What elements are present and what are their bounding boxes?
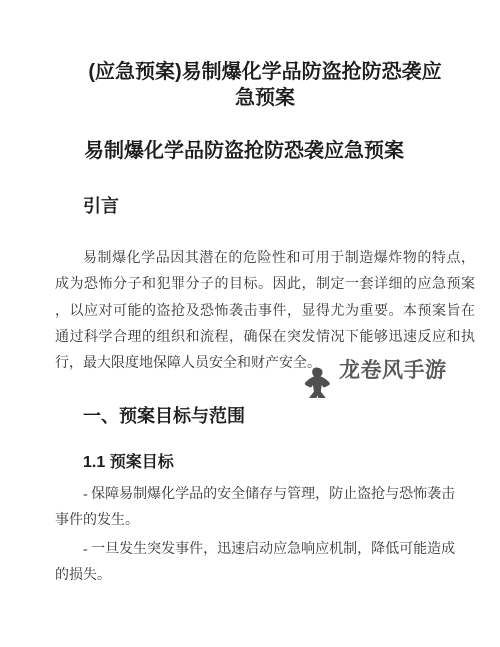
- document-title-line-2: 急预案: [55, 85, 475, 111]
- intro-line: 成为恐怖分子和犯罪分子的目标。因此，制定一套详细的应急预案: [55, 272, 475, 298]
- meeple-icon: [303, 366, 333, 398]
- goal-bullet-list: - 保障易制爆化学品的安全储存与管理，防止盗抢与恐怖袭击 事件的发生。 - 一旦…: [55, 482, 475, 589]
- document-page: (应急预案)易制爆化学品防盗抢防恐袭应 急预案 易制爆化学品防盗抢防恐袭应急预案…: [0, 0, 500, 647]
- intro-line: 易制爆化学品因其潜在的危险性和可用于制造爆炸物的特点，: [55, 246, 475, 272]
- bullet-line: - 一旦发生突发事件，迅速启动应急响应机制，降低可能造成: [55, 537, 475, 563]
- watermark: 龙卷风手游: [303, 358, 447, 398]
- intro-line: ，以应对可能的盗抢及恐怖袭击事件，显得尤为重要。本预案旨在: [55, 299, 475, 325]
- bullet-line: - 保障易制爆化学品的安全储存与管理，防止盗抢与恐怖袭击: [55, 482, 475, 508]
- section-1-heading: 一、预案目标与范围: [83, 405, 245, 427]
- section-1-1-heading: 1.1 预案目标: [83, 453, 174, 473]
- bullet-line: 的损失。: [55, 563, 475, 589]
- document-subtitle: 易制爆化学品防盗抢防恐袭应急预案: [84, 139, 404, 163]
- bullet-line: 事件的发生。: [55, 508, 475, 534]
- intro-heading: 引言: [83, 195, 119, 217]
- watermark-text: 龙卷风手游: [339, 358, 447, 383]
- document-title-line-1: (应急预案)易制爆化学品防盗抢防恐袭应: [55, 59, 475, 85]
- document-title: (应急预案)易制爆化学品防盗抢防恐袭应 急预案: [55, 59, 475, 111]
- intro-line: 通过科学合理的组织和流程，确保在突发情况下能够迅速反应和执: [55, 325, 475, 351]
